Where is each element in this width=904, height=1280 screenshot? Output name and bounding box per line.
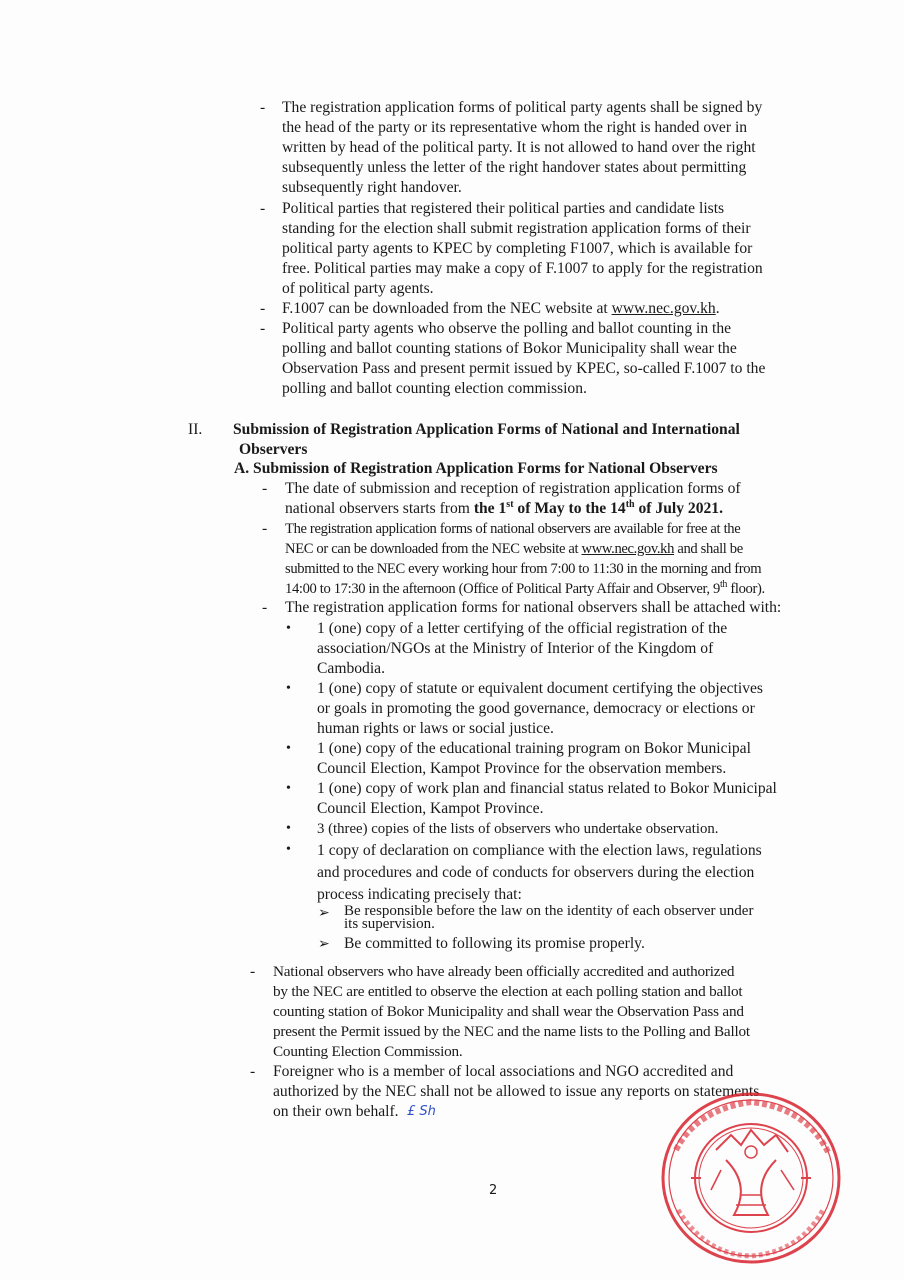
document-page: - The registration application forms of … xyxy=(0,0,904,1280)
text-line: 1 (one) copy of statute or equivalent do… xyxy=(317,679,816,699)
text-line: Council Election, Kampot Province for th… xyxy=(317,759,816,779)
text-line: 1 copy of declaration on compliance with… xyxy=(317,840,816,862)
text-line: 14:00 to 17:30 in the afternoon (Office … xyxy=(285,579,817,599)
text-line: national observers starts from the 1st o… xyxy=(285,499,816,519)
attachment-item: 3 (three) copies of the lists of observe… xyxy=(317,819,816,839)
text-line: The registration application forms of na… xyxy=(285,519,817,539)
party-agents-submission-paragraph: Political parties that registered their … xyxy=(282,199,814,299)
handwritten-initials: £ Sh xyxy=(407,1104,436,1119)
bullet-marker: • xyxy=(286,779,291,799)
text-line: The date of submission and reception of … xyxy=(285,479,816,499)
text-line: and procedures and code of conducts for … xyxy=(317,862,816,884)
dash-marker: - xyxy=(260,98,265,118)
attachments-intro: The registration application forms for n… xyxy=(285,598,817,618)
ordinal-suffix: st xyxy=(506,499,513,510)
bullet-marker: • xyxy=(286,840,291,860)
text-line: Be committed to following its promise pr… xyxy=(344,934,819,954)
sub-point-item: Be responsible before the law on the ide… xyxy=(344,905,819,931)
bullet-marker: • xyxy=(286,619,291,639)
text-line: written by head of the political party. … xyxy=(282,138,814,158)
nec-website-link[interactable]: www.nec.gov.kh xyxy=(582,541,675,557)
submission-dates-paragraph: The date of submission and reception of … xyxy=(285,479,816,519)
text-span: floor). xyxy=(727,581,765,597)
text-line: National observers who have already been… xyxy=(273,962,817,982)
text-line: NEC or can be downloaded from the NEC we… xyxy=(285,539,817,559)
dash-marker: - xyxy=(260,199,265,219)
ordinal-suffix: th xyxy=(626,499,635,510)
national-observers-paragraph: National observers who have already been… xyxy=(273,962,817,1062)
dash-marker: - xyxy=(260,299,265,319)
ordinal-suffix: th xyxy=(720,579,727,590)
text-line: Political party agents who observe the p… xyxy=(282,319,814,339)
text-span: 14:00 to 17:30 in the afternoon (Office … xyxy=(285,581,720,597)
text-line: 1 (one) copy of work plan and financial … xyxy=(317,779,816,799)
text-line: Observation Pass and present permit issu… xyxy=(282,359,814,379)
text-line: Political parties that registered their … xyxy=(282,199,814,219)
sub-point-item: Be committed to following its promise pr… xyxy=(344,934,819,954)
dash-marker: - xyxy=(262,479,267,499)
text-span: and shall be xyxy=(674,541,743,557)
attachment-item: 1 (one) copy of the educational training… xyxy=(317,739,816,779)
arrow-bullet-icon: ➢ xyxy=(318,906,330,922)
text-line: Counting Election Commission. xyxy=(273,1042,817,1062)
attachment-item: 1 copy of declaration on compliance with… xyxy=(317,840,816,906)
text-line: political party agents to KPEC by comple… xyxy=(282,239,814,259)
text-line: The registration application forms of po… xyxy=(282,98,814,118)
party-agents-observation-paragraph: Political party agents who observe the p… xyxy=(282,319,814,399)
text-line: free. Political parties may make a copy … xyxy=(282,259,814,279)
text-line: 1 (one) copy of the educational training… xyxy=(317,739,816,759)
text-line: by the NEC are entitled to observe the e… xyxy=(273,982,817,1002)
attachment-item: 1 (one) copy of a letter certifying of t… xyxy=(317,619,816,679)
bullet-marker: • xyxy=(286,819,291,839)
text-line: Council Election, Kampot Province. xyxy=(317,799,816,819)
section-2-title: Submission of Registration Application F… xyxy=(233,420,813,460)
date-range: of May to the 14 xyxy=(514,500,626,517)
bullet-marker: • xyxy=(286,679,291,699)
text-line: Observers xyxy=(233,440,813,460)
date-start: the 1 xyxy=(474,500,506,517)
text-line: its supervision. xyxy=(344,918,819,931)
page-number: 2 xyxy=(489,1183,497,1198)
text-line: Foreigner who is a member of local assoc… xyxy=(273,1062,817,1082)
text-line: the head of the party or its representat… xyxy=(282,118,814,138)
arrow-bullet-icon: ➢ xyxy=(318,937,330,953)
text-line: Submission of Registration Application F… xyxy=(233,420,813,440)
attachment-item: 1 (one) copy of statute or equivalent do… xyxy=(317,679,816,739)
dash-marker: - xyxy=(250,962,255,982)
text-line: standing for the election shall submit r… xyxy=(282,219,814,239)
forms-availability-paragraph: The registration application forms of na… xyxy=(285,519,817,599)
text-line: human rights or laws or social justice. xyxy=(317,719,816,739)
text-line: polling and ballot counting stations of … xyxy=(282,339,814,359)
text-line: or goals in promoting the good governanc… xyxy=(317,699,816,719)
text-line: Cambodia. xyxy=(317,659,816,679)
text-line: of political party agents. xyxy=(282,279,814,299)
bullet-marker: • xyxy=(286,739,291,759)
text-line: present the Permit issued by the NEC and… xyxy=(273,1022,817,1042)
dash-marker: - xyxy=(262,598,267,618)
text-line: counting station of Bokor Municipality a… xyxy=(273,1002,817,1022)
text-line: subsequently unless the letter of the ri… xyxy=(282,158,814,178)
party-agents-signature-paragraph: The registration application forms of po… xyxy=(282,98,814,198)
text-line: submitted to the NEC every working hour … xyxy=(285,559,817,579)
nec-website-link[interactable]: www.nec.gov.kh xyxy=(612,300,716,317)
text-line: 1 (one) copy of a letter certifying of t… xyxy=(317,619,816,639)
text-span: . xyxy=(716,300,720,317)
official-seal-icon xyxy=(656,1090,846,1265)
text-line: polling and ballot counting election com… xyxy=(282,379,814,399)
attachment-item: 1 (one) copy of work plan and financial … xyxy=(317,779,816,819)
dash-marker: - xyxy=(260,319,265,339)
text-span: NEC or can be downloaded from the NEC we… xyxy=(285,541,582,557)
date-end: of July 2021. xyxy=(635,500,723,517)
subsection-a-title: A. Submission of Registration Applicatio… xyxy=(234,459,814,479)
dash-marker: - xyxy=(250,1062,255,1082)
text-span: national observers starts from xyxy=(285,500,474,517)
dash-marker: - xyxy=(262,519,267,539)
text-line: association/NGOs at the Ministry of Inte… xyxy=(317,639,816,659)
text-line: 3 (three) copies of the lists of observe… xyxy=(317,819,816,839)
f1007-download-paragraph: F.1007 can be downloaded from the NEC we… xyxy=(282,299,814,319)
text-span: F.1007 can be downloaded from the NEC we… xyxy=(282,300,612,317)
section-numeral: II. xyxy=(188,420,202,440)
text-line: subsequently right handover. xyxy=(282,178,814,198)
